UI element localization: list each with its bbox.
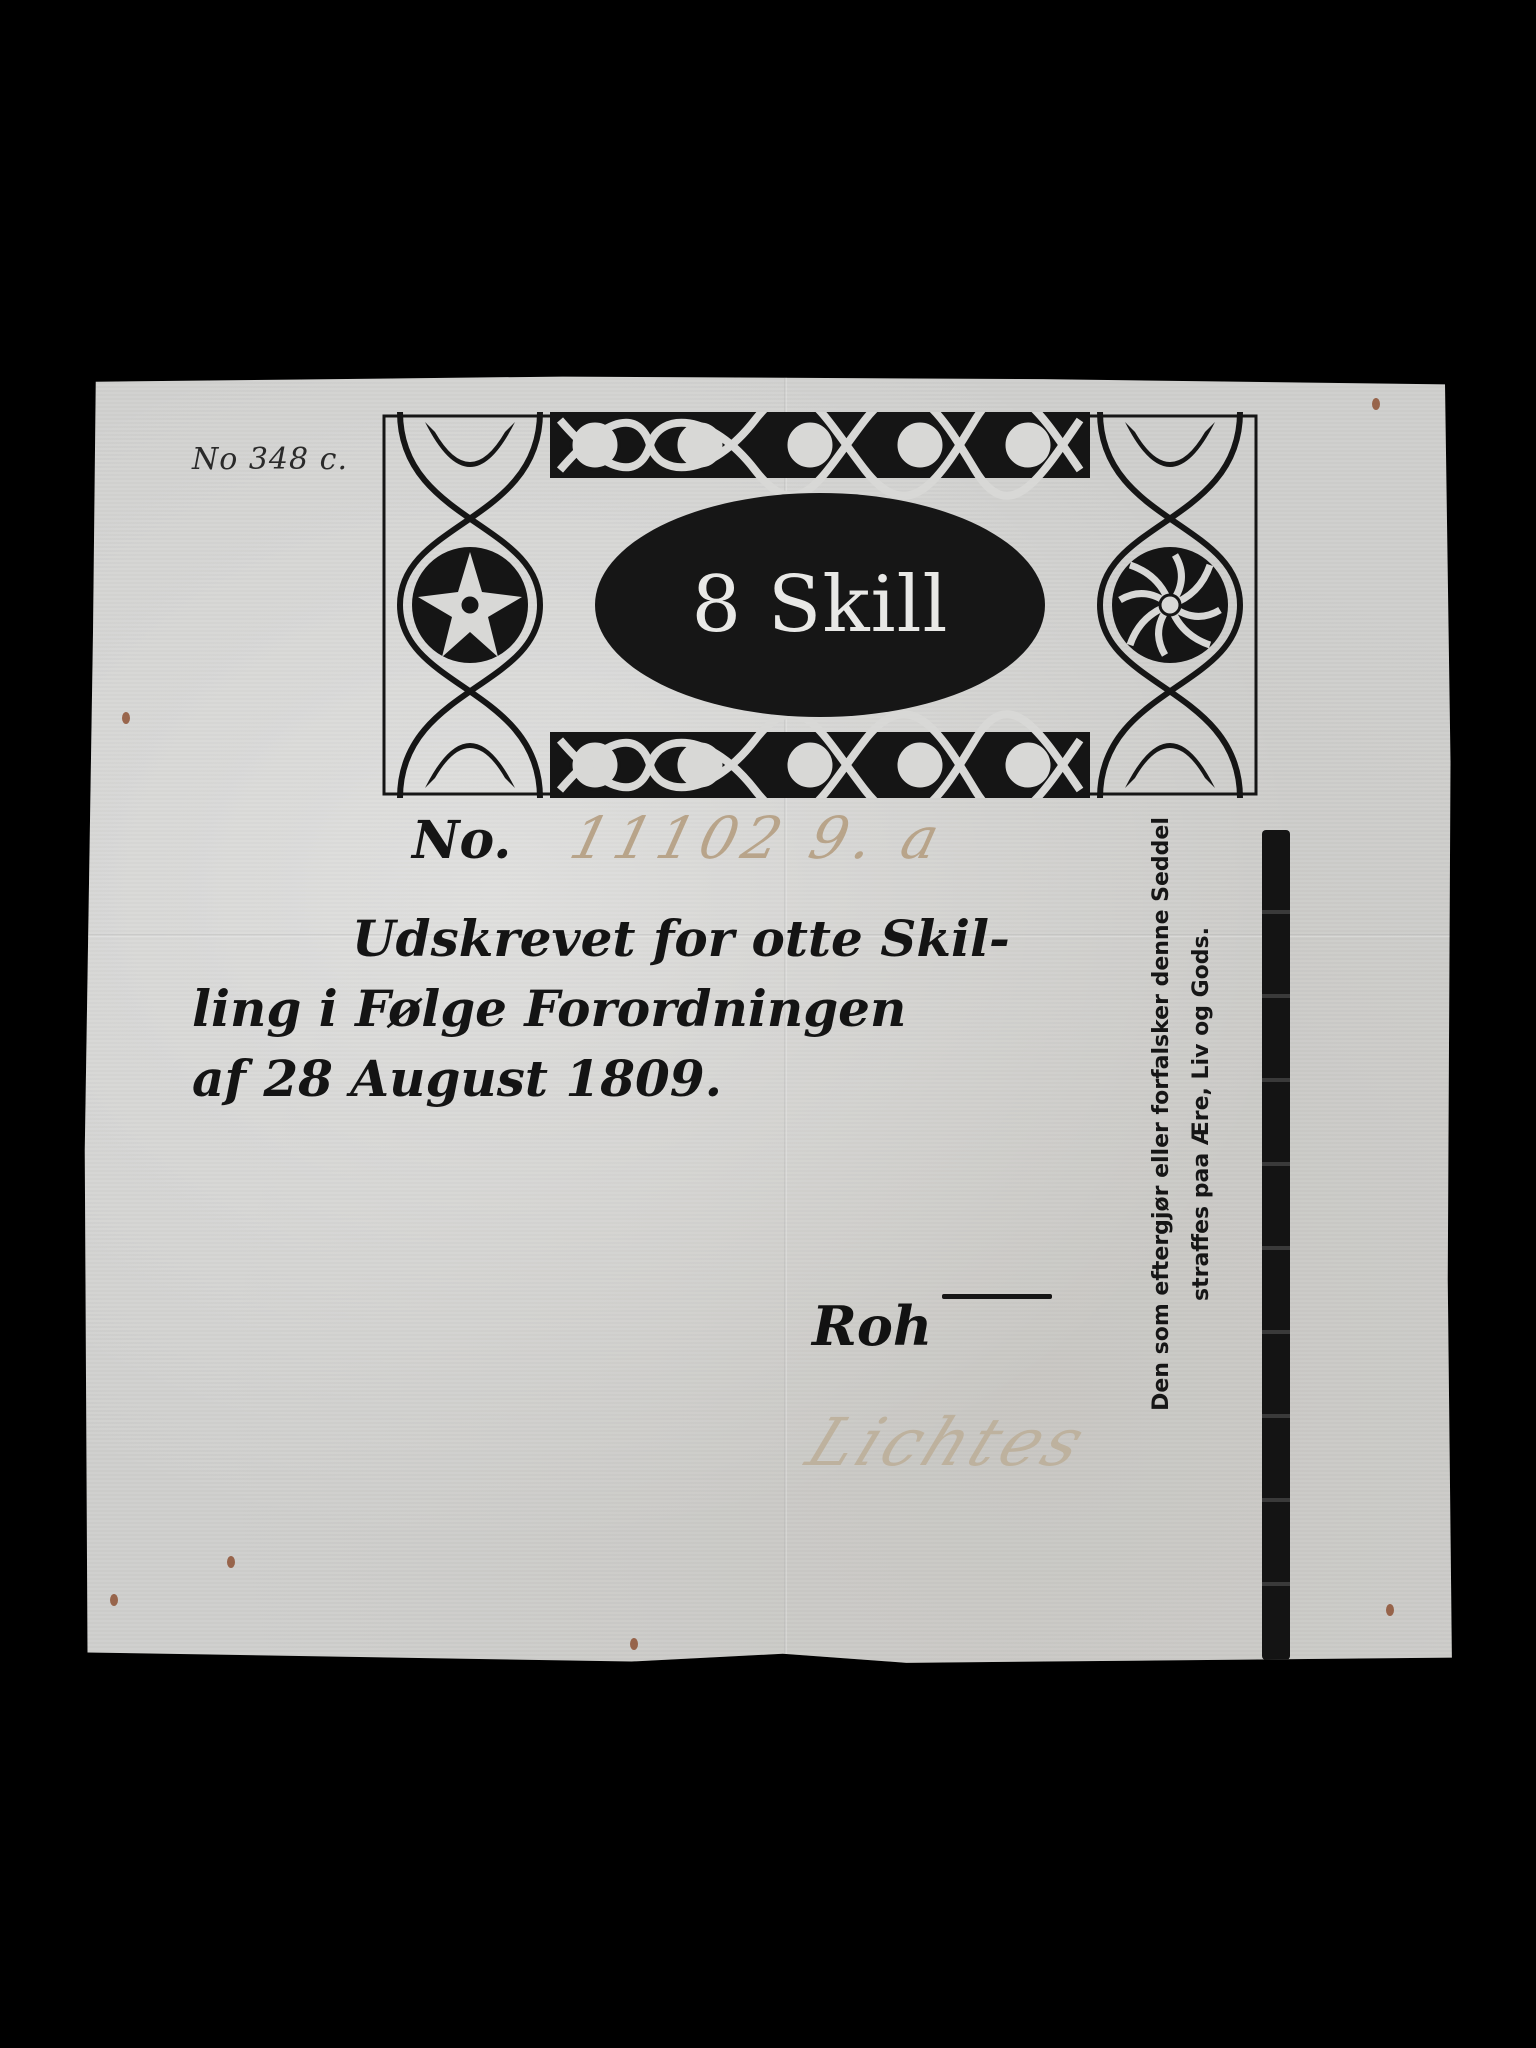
warning-line: Den som eftergjør eller forfalsker denne… xyxy=(1142,634,1182,1594)
signature-line xyxy=(942,1294,1052,1299)
text-line: af 28 August 1809. xyxy=(192,1044,972,1114)
denomination-label: 8 Skill xyxy=(692,560,949,650)
serial-number-top: No 348 c. xyxy=(192,442,348,477)
warning-line: straffes paa Ære, Liv og Gods. xyxy=(1182,634,1222,1594)
stain xyxy=(122,712,130,724)
engraved-frame: 8 Skill xyxy=(380,412,1260,798)
number-label: No. xyxy=(412,810,511,871)
handwritten-serial-number: 11102 9. a xyxy=(564,804,952,872)
stain xyxy=(110,1594,118,1606)
text-line: Udskrevet for otte Skil- xyxy=(192,904,972,974)
vertical-black-border-bar xyxy=(1262,830,1290,1660)
handwritten-signature: Lichtes xyxy=(796,1404,1099,1481)
text-line: ling i Følge Forordningen xyxy=(192,974,972,1044)
stain xyxy=(1372,398,1380,410)
note-text: Udskrevet for otte Skil- ling i Følge Fo… xyxy=(192,904,972,1114)
stain xyxy=(227,1556,235,1568)
printed-signature: Roh xyxy=(812,1294,932,1358)
counterfeit-warning: Den som eftergjør eller forfalsker denne… xyxy=(1142,634,1238,1594)
stain xyxy=(1386,1604,1394,1616)
stain xyxy=(630,1638,638,1650)
banknote: No 348 c. xyxy=(82,374,1456,1668)
